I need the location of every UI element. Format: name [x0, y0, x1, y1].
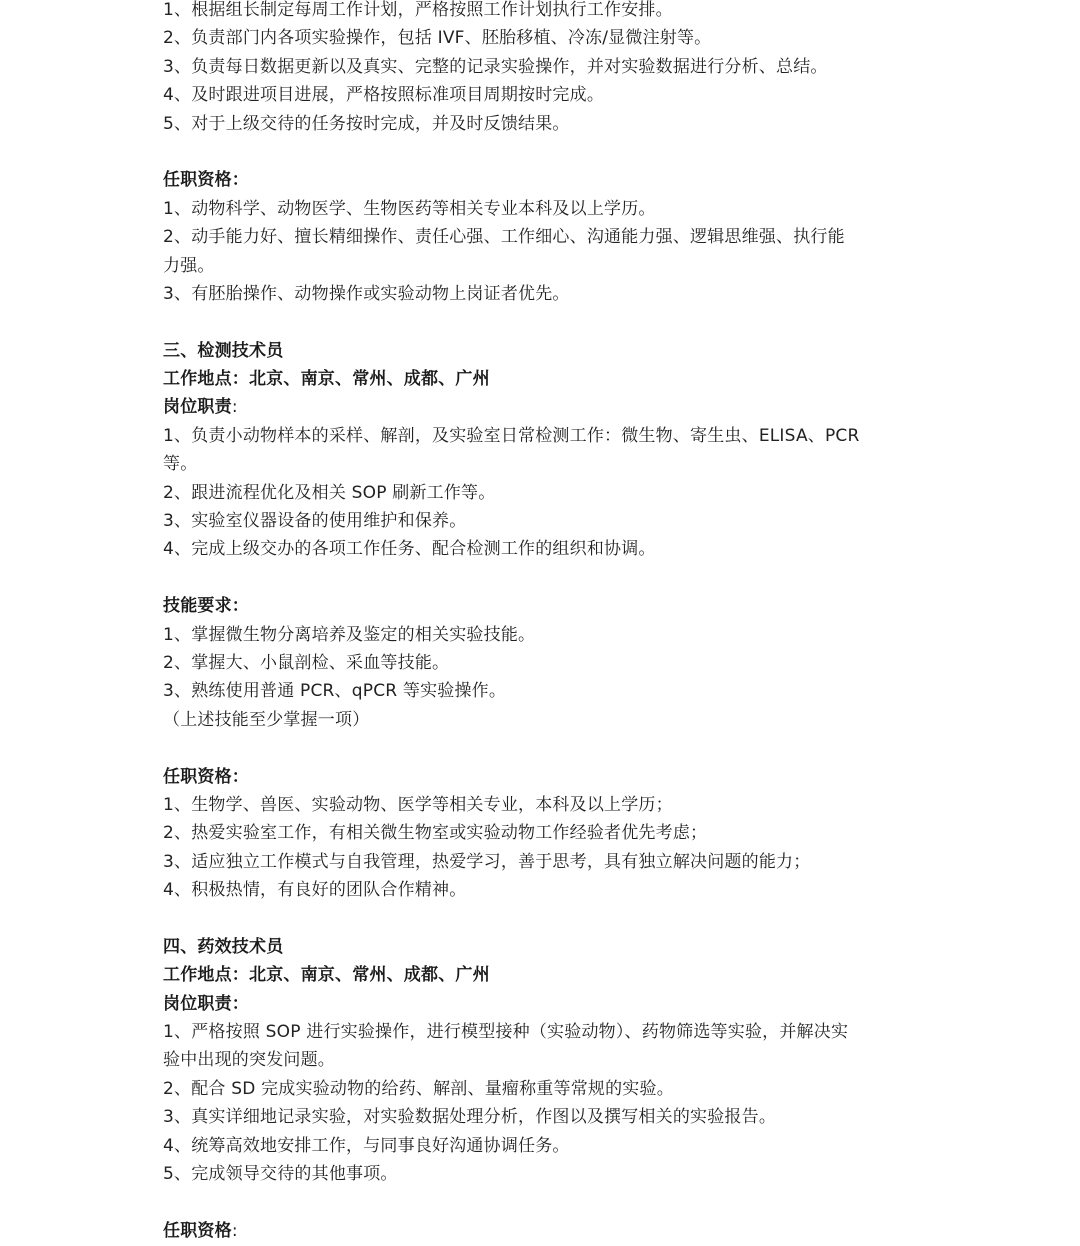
list-item: 3、真实详细地记录实验，对实验数据处理分析，作图以及撰写相关的实验报告。 — [163, 1103, 923, 1131]
list-item: 2、掌握大、小鼠剖检、采血等技能。 — [163, 649, 923, 677]
spacer — [163, 905, 923, 933]
section4-duties-heading: 岗位职责： — [163, 990, 923, 1018]
list-item: 3、适应独立工作模式与自我管理，热爱学习，善于思考，具有独立解决问题的能力； — [163, 848, 923, 876]
list-item: 5、对于上级交待的任务按时完成，并及时反馈结果。 — [163, 110, 923, 138]
section4-qualifications-heading: 任职资格: — [163, 1217, 923, 1245]
list-item: 3、有胚胎操作、动物操作或实验动物上岗证者优先。 — [163, 280, 923, 308]
list-item: 1、动物科学、动物医学、生物医药等相关专业本科及以上学历。 — [163, 195, 923, 223]
list-item: 2、热爱实验室工作，有相关微生物室或实验动物工作经验者优先考虑； — [163, 819, 923, 847]
section2-qualifications-list: 1、动物科学、动物医学、生物医药等相关专业本科及以上学历。 2、动手能力好、擅长… — [163, 195, 923, 309]
heading-colon: : — [232, 1221, 238, 1241]
section2-duties-list: 1、根据组长制定每周工作计划，严格按照工作计划执行工作安排。 2、负责部门内各项… — [163, 0, 923, 138]
heading-text: 任职资格 — [163, 1221, 232, 1241]
section3-title: 三、检测技术员 — [163, 337, 923, 365]
list-item: 2、配合 SD 完成实验动物的给药、解剖、量瘤称重等常规的实验。 — [163, 1075, 923, 1103]
section4-title: 四、药效技术员 — [163, 933, 923, 961]
section3-skills-heading: 技能要求： — [163, 592, 923, 620]
list-item: 2、动手能力好、擅长精细操作、责任心强、工作细心、沟通能力强、逻辑思维强、执行能 — [163, 223, 923, 251]
section3-qualifications-list: 1、生物学、兽医、实验动物、医学等相关专业，本科及以上学历； 2、热爱实验室工作… — [163, 791, 923, 905]
list-item: 3、负责每日数据更新以及真实、完整的记录实验操作，并对实验数据进行分析、总结。 — [163, 53, 923, 81]
spacer — [163, 734, 923, 762]
list-item-note: （上述技能至少掌握一项） — [163, 706, 923, 734]
section3-duties-list: 1、负责小动物样本的采样、解剖，及实验室日常检测工作：微生物、寄生虫、ELISA… — [163, 422, 923, 564]
list-item: 4、统筹高效地安排工作，与同事良好沟通协调任务。 — [163, 1132, 923, 1160]
list-item: 4、及时跟进项目进展，严格按照标准项目周期按时完成。 — [163, 81, 923, 109]
spacer — [163, 138, 923, 166]
list-item: 2、负责部门内各项实验操作，包括 IVF、胚胎移植、冷冻/显微注射等。 — [163, 24, 923, 52]
section3-qualifications-heading: 任职资格： — [163, 763, 923, 791]
list-item: 2、跟进流程优化及相关 SOP 刷新工作等。 — [163, 479, 923, 507]
section3-duties-heading: 岗位职责: — [163, 393, 923, 421]
list-item: 1、负责小动物样本的采样、解剖，及实验室日常检测工作：微生物、寄生虫、ELISA… — [163, 422, 923, 450]
section4-duties-list: 1、严格按照 SOP 进行实验操作，进行模型接种（实验动物）、药物筛选等实验，并… — [163, 1018, 923, 1188]
heading-colon: : — [232, 397, 238, 417]
list-item: 4、积极热情，有良好的团队合作精神。 — [163, 876, 923, 904]
list-item: 1、根据组长制定每周工作计划，严格按照工作计划执行工作安排。 — [163, 0, 923, 24]
list-item: 1、掌握微生物分离培养及鉴定的相关实验技能。 — [163, 621, 923, 649]
list-item: 1、严格按照 SOP 进行实验操作，进行模型接种（实验动物）、药物筛选等实验，并… — [163, 1018, 923, 1046]
list-item: 4、完成上级交办的各项工作任务、配合检测工作的组织和协调。 — [163, 535, 923, 563]
section4-location: 工作地点：北京、南京、常州、成都、广州 — [163, 961, 923, 989]
job-posting-document: 1、根据组长制定每周工作计划，严格按照工作计划执行工作安排。 2、负责部门内各项… — [163, 0, 923, 1245]
list-item: 5、完成领导交待的其他事项。 — [163, 1160, 923, 1188]
list-item: 验中出现的突发问题。 — [163, 1046, 923, 1074]
list-item: 力强。 — [163, 252, 923, 280]
list-item: 等。 — [163, 450, 923, 478]
section3-location: 工作地点：北京、南京、常州、成都、广州 — [163, 365, 923, 393]
section2-qualifications-heading: 任职资格： — [163, 166, 923, 194]
list-item: 3、熟练使用普通 PCR、qPCR 等实验操作。 — [163, 677, 923, 705]
spacer — [163, 308, 923, 336]
heading-text: 岗位职责 — [163, 397, 232, 417]
section3-skills-list: 1、掌握微生物分离培养及鉴定的相关实验技能。 2、掌握大、小鼠剖检、采血等技能。… — [163, 621, 923, 735]
spacer — [163, 564, 923, 592]
list-item: 3、实验室仪器设备的使用维护和保养。 — [163, 507, 923, 535]
list-item: 1、生物学、兽医、实验动物、医学等相关专业，本科及以上学历； — [163, 791, 923, 819]
spacer — [163, 1188, 923, 1216]
